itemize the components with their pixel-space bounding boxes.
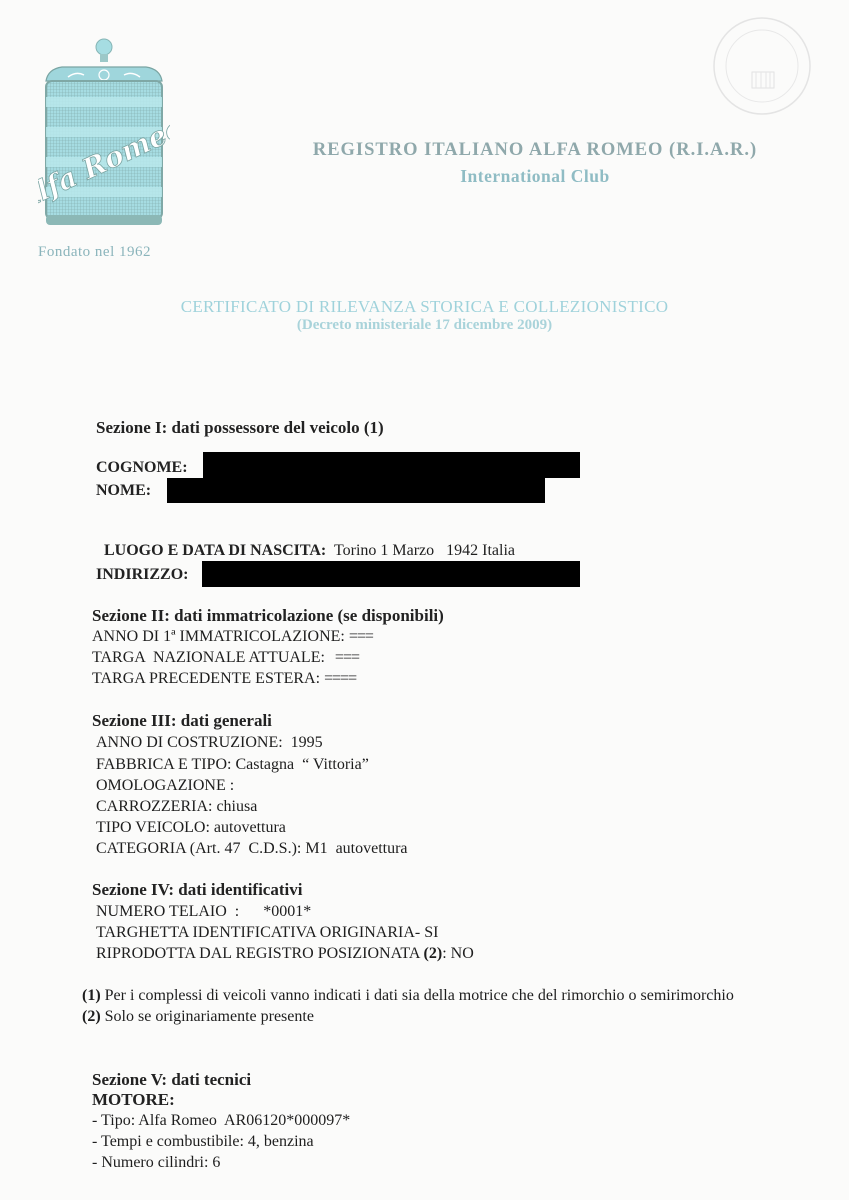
section-2-line: TARGA NAZIONALE ATTUALE: === <box>92 649 359 667</box>
engine-stroke-fuel-line: - Tempi e combustibile: 4, benzina <box>92 1133 314 1151</box>
section-4-title: Sezione IV: dati identificativi <box>92 880 302 900</box>
footnote-1: (1) Per i complessi di veicoli vanno ind… <box>82 987 734 1005</box>
birth-label: LUOGO E DATA DI NASCITA: <box>104 542 326 559</box>
alfa-romeo-logo-icon: Alfa Romeo <box>38 35 170 235</box>
footnote-2: (2) Solo se originariamente presente <box>82 1008 314 1026</box>
section-2-title: Sezione II: dati immatricolazione (se di… <box>92 606 444 626</box>
section-3-line: CATEGORIA (Art. 47 C.D.S.): M1 autovettu… <box>96 840 408 858</box>
id-plate-line: TARGHETTA IDENTIFICATIVA ORIGINARIA- SI <box>96 924 438 942</box>
seal-stamp-icon <box>700 8 820 118</box>
address-redaction <box>202 561 580 587</box>
section-3-line: TIPO VEICOLO: autovettura <box>96 819 286 837</box>
id-plate-position-line: RIPRODOTTA DAL REGISTRO POSIZIONATA (2):… <box>96 945 474 963</box>
nome-label: NOME: <box>96 482 151 500</box>
engine-subtitle: MOTORE: <box>92 1090 175 1110</box>
cognome-redaction <box>203 452 580 478</box>
address-label: INDIRIZZO: <box>96 566 188 584</box>
birth-value-text: Torino 1 Marzo 1942 Italia <box>334 542 515 559</box>
section-2-line: ANNO DI 1ª IMMATRICOLAZIONE: === <box>92 628 373 646</box>
nome-redaction <box>167 478 545 503</box>
certificate-title: CERTIFICATO DI RILEVANZA STORICA E COLLE… <box>0 297 849 317</box>
registry-subtitle: International Club <box>0 166 849 187</box>
birth-value <box>326 542 334 559</box>
cognome-label: COGNOME: <box>96 459 188 477</box>
section-5-title: Sezione V: dati tecnici <box>92 1070 251 1090</box>
registry-title: REGISTRO ITALIANO ALFA ROMEO (R.I.A.R.) <box>0 140 849 161</box>
section-2-line: TARGA PRECEDENTE ESTERA: ==== <box>92 670 356 688</box>
section-3-title: Sezione III: dati generali <box>92 711 272 731</box>
section-3-line: ANNO DI COSTRUZIONE: 1995 <box>96 734 323 752</box>
section-1-title: Sezione I: dati possessore del veicolo (… <box>96 418 384 438</box>
section-3-line: FABBRICA E TIPO: Castagna “ Vittoria” <box>96 756 369 774</box>
engine-cylinders-line: - Numero cilindri: 6 <box>92 1154 220 1172</box>
engine-type-line: - Tipo: Alfa Romeo AR06120*000097* <box>92 1112 350 1130</box>
chassis-number-line: NUMERO TELAIO : *0001* <box>96 903 311 921</box>
founded-year-text: Fondato nel 1962 <box>38 244 151 261</box>
certificate-decree: (Decreto ministeriale 17 dicembre 2009) <box>0 317 849 334</box>
section-3-line: OMOLOGAZIONE : <box>96 777 234 795</box>
birth-row: LUOGO E DATA DI NASCITA: Torino 1 Marzo … <box>96 524 515 560</box>
section-3-line: CARROZZERIA: chiusa <box>96 798 257 816</box>
